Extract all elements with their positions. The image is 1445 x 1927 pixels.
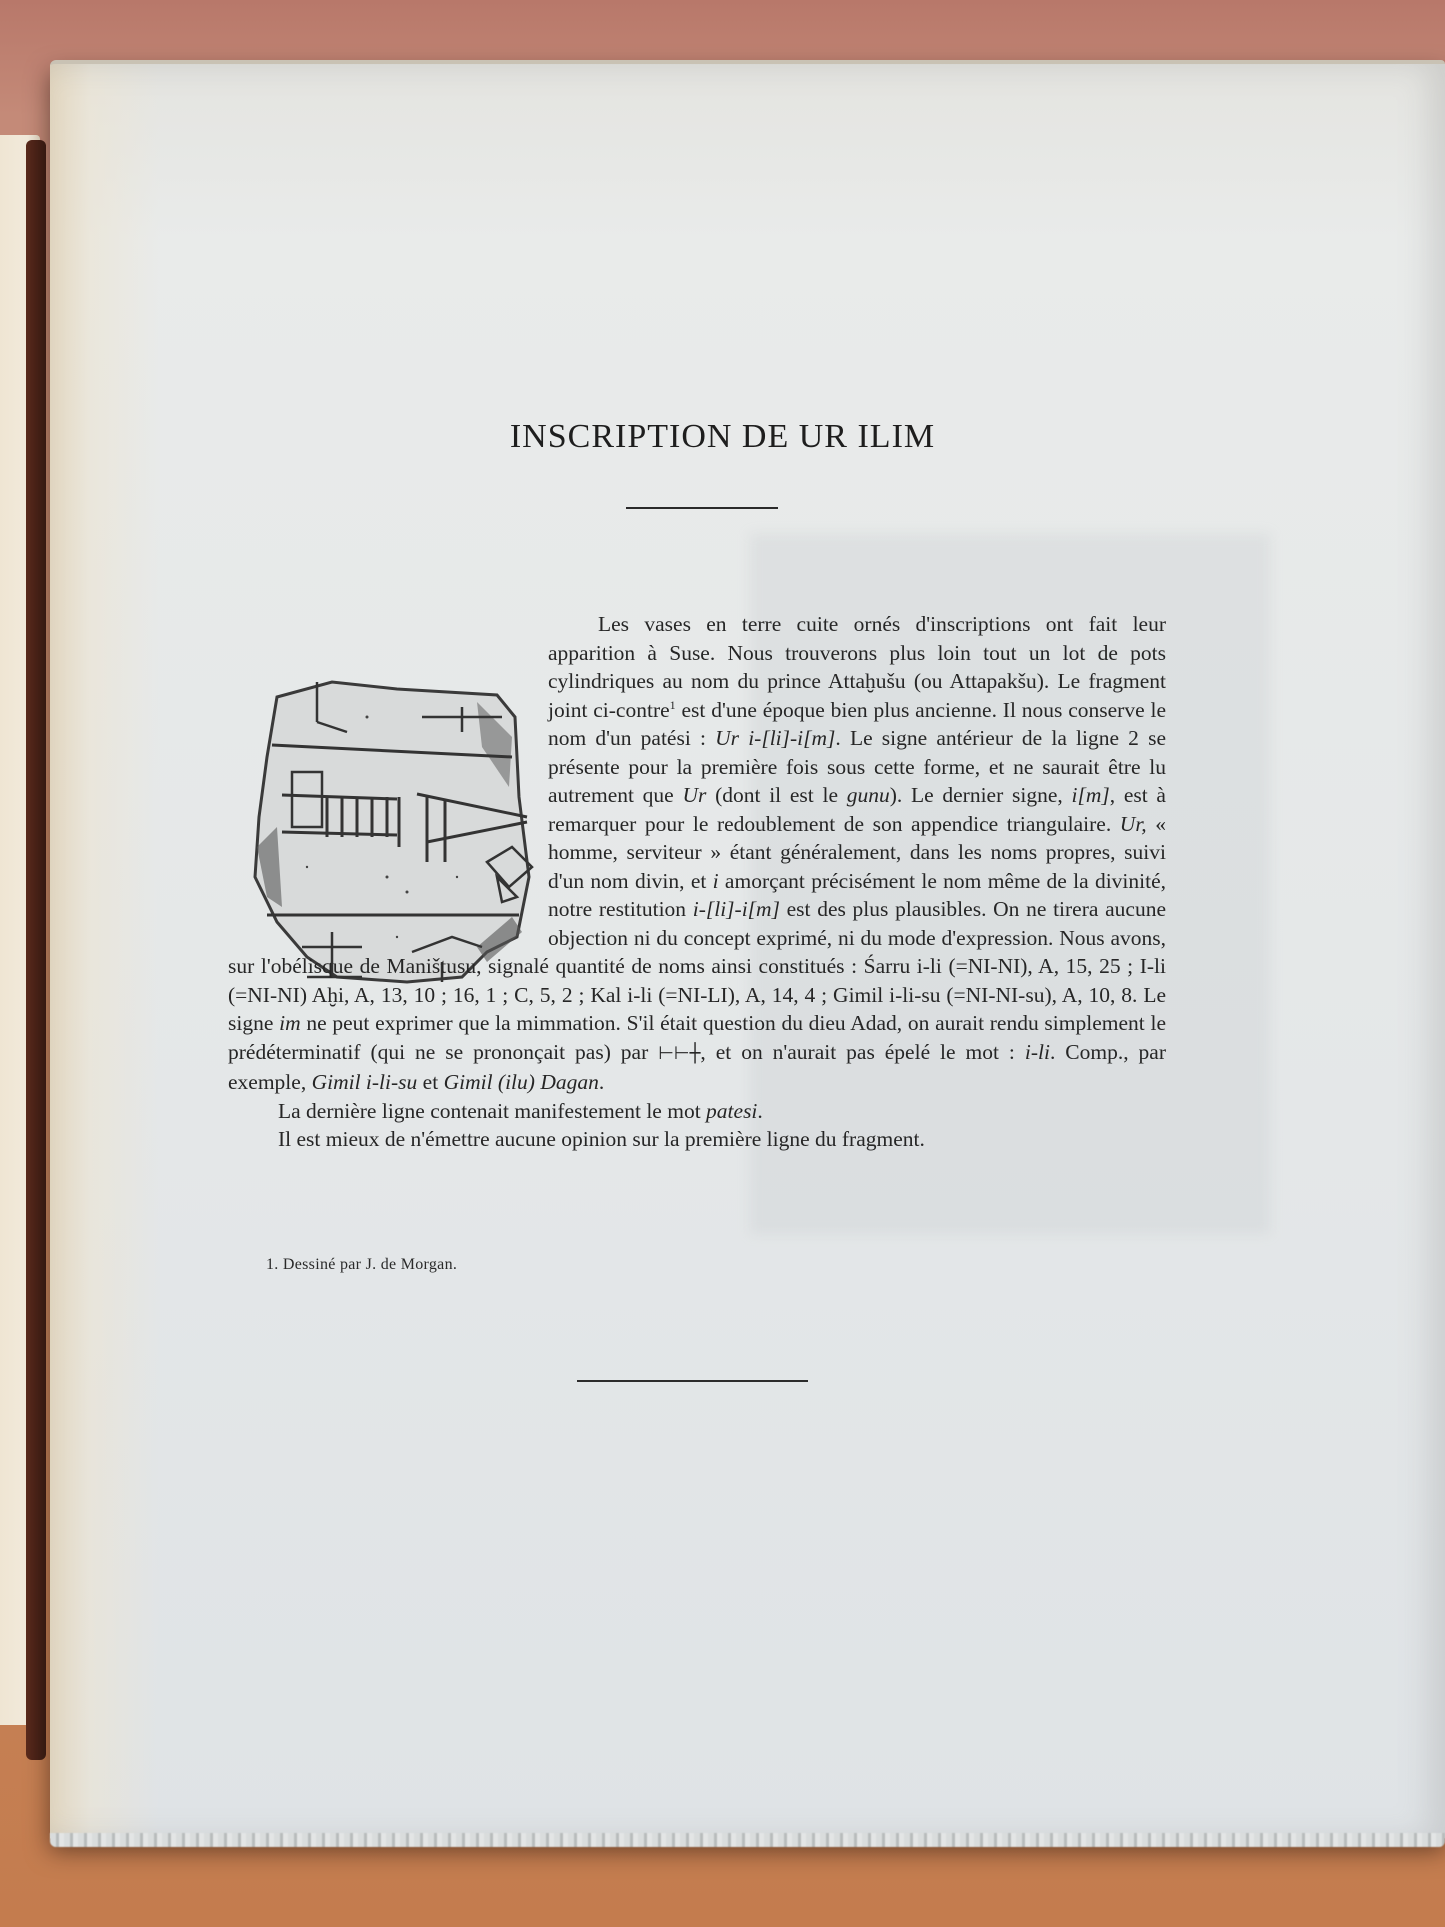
italic-ili: i-[li]-i[m] bbox=[748, 726, 835, 750]
end-divider bbox=[577, 1380, 808, 1382]
figure-wrap-spacer bbox=[228, 667, 548, 952]
paragraph-2: La dernière ligne contenait manifestemen… bbox=[228, 1097, 1166, 1126]
text-run: (dont il est le bbox=[706, 783, 846, 807]
italic-ur: Ur, bbox=[1120, 812, 1147, 836]
body-text: Les vases en terre cuite ornés d'inscrip… bbox=[228, 610, 1166, 1154]
text-run: et bbox=[417, 1070, 443, 1094]
italic-ili: i-li bbox=[1025, 1040, 1050, 1064]
page-title: INSCRIPTION DE UR ILIM bbox=[0, 418, 1445, 456]
italic-patesi: patesi bbox=[706, 1099, 757, 1123]
text-run: ). Le dernier signe, bbox=[890, 783, 1072, 807]
cuneiform-sign-icon: ⊢⊢┼ bbox=[658, 1043, 700, 1064]
text-run: . bbox=[599, 1070, 604, 1094]
text-run: La dernière ligne contenait manifestemen… bbox=[278, 1099, 706, 1123]
italic-ur: Ur bbox=[682, 783, 706, 807]
text-run: . bbox=[757, 1099, 762, 1123]
italic-restitution: i-[li]-i[m] bbox=[693, 897, 780, 921]
binding-gap bbox=[26, 140, 46, 1760]
italic-ur: Ur bbox=[715, 726, 739, 750]
footnote: 1. Dessiné par J. de Morgan. bbox=[266, 1256, 457, 1274]
paragraph-3: Il est mieux de n'émettre aucune opinion… bbox=[228, 1125, 1166, 1154]
title-divider bbox=[626, 507, 778, 509]
text-run: , et on n'aurait pas épelé le mot : bbox=[700, 1040, 1024, 1064]
italic-gunu: gunu bbox=[847, 783, 890, 807]
italic-gimil-dagan: Gimil (ilu) Dagan bbox=[444, 1070, 599, 1094]
italic-im: im bbox=[279, 1011, 301, 1035]
italic-im-sign: i[m] bbox=[1071, 783, 1109, 807]
italic-gimil: Gimil i-li-su bbox=[312, 1070, 418, 1094]
